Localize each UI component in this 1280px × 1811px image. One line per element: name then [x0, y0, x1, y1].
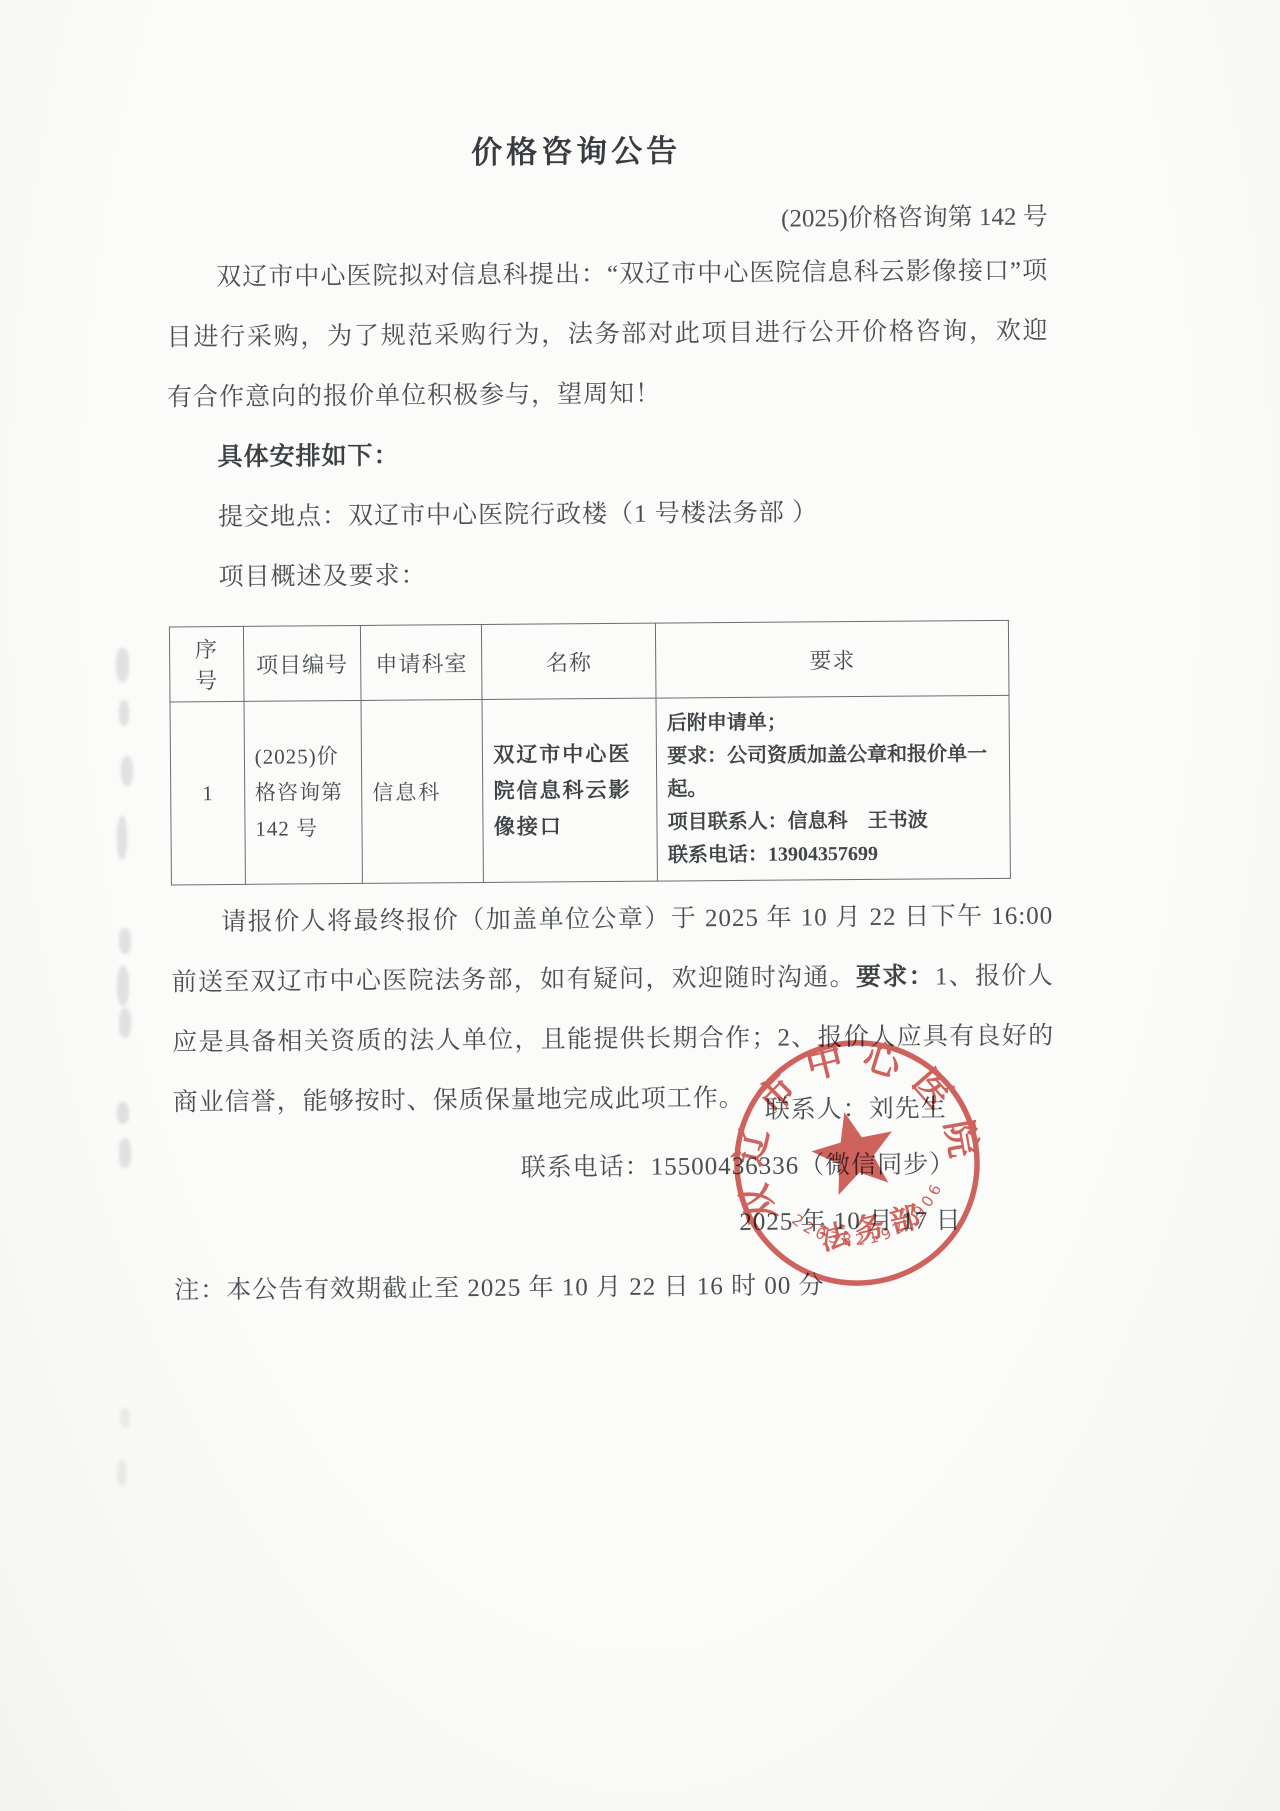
- project-table: 序 号 项目编号 申请科室 名称 要求 1 (2025)价格咨询第 142 号 …: [169, 620, 1011, 886]
- cell-department: 信息科: [361, 699, 484, 883]
- scan-artifact: [117, 1102, 129, 1124]
- header-department: 申请科室: [360, 624, 482, 700]
- scan-artifact: [117, 816, 127, 860]
- requirement-line: 项目联系人：信息科 王书波: [668, 803, 1000, 839]
- validity-footnote: 注：本公告有效期截止至 2025 年 10 月 22 日 16 时 00 分: [174, 1257, 1056, 1320]
- header-requirements: 要求: [656, 620, 1009, 698]
- cell-project-no: (2025)价格咨询第 142 号: [244, 700, 363, 884]
- contact-phone-line: 联系电话：15500436336（微信同步）: [173, 1137, 1055, 1200]
- overview-heading: 项目概述及要求：: [168, 542, 1050, 609]
- submit-location-line: 提交地点：双辽市中心医院行政楼（1 号楼法务部 ）: [168, 482, 1050, 549]
- cell-seq: 1: [170, 701, 245, 885]
- document-title: 价格咨询公告: [165, 123, 1047, 175]
- cell-requirements: 后附申请单； 要求：公司资质加盖公章和报价单一起。 项目联系人：信息科 王书波 …: [656, 695, 1010, 881]
- document-body: 价格咨询公告 (2025)价格咨询第 142 号 双辽市中心医院拟对信息科提出：…: [165, 123, 1056, 1320]
- cell-name: 双辽市中心医院信息科云影像接口: [482, 698, 657, 882]
- scan-artifact: [121, 756, 133, 786]
- requirements-label: 要求：: [856, 963, 935, 991]
- scan-artifact: [119, 1138, 131, 1168]
- intro-paragraph: 双辽市中心医院拟对信息科提出：“双辽市中心医院信息科云影像接口”项目进行采购，为…: [166, 242, 1049, 429]
- requirement-line: 要求：公司资质加盖公章和报价单一起。: [667, 737, 999, 806]
- scan-artifact: [119, 1008, 131, 1038]
- scan-artifact: [117, 1460, 127, 1486]
- header-project-no: 项目编号: [243, 625, 361, 701]
- scan-artifact: [117, 966, 129, 1006]
- scan-artifact: [120, 1408, 130, 1428]
- header-name: 名称: [482, 623, 656, 699]
- scan-artifact: [116, 648, 129, 682]
- requirement-line: 后附申请单；: [667, 704, 999, 740]
- scan-artifact: [119, 700, 129, 726]
- header-seq: 序 号: [169, 626, 243, 702]
- table-header-row: 序 号 项目编号 申请科室 名称 要求: [169, 620, 1009, 702]
- scanned-document-page: 价格咨询公告 (2025)价格咨询第 142 号 双辽市中心医院拟对信息科提出：…: [0, 0, 1280, 1811]
- scan-artifact: [119, 928, 131, 954]
- table-row: 1 (2025)价格咨询第 142 号 信息科 双辽市中心医院信息科云影像接口 …: [170, 695, 1010, 885]
- issue-date-line: 2025 年 10 月 17 日: [173, 1193, 1055, 1256]
- requirement-line: 联系电话：13904357699: [668, 836, 1000, 872]
- arrangement-heading: 具体安排如下：: [167, 422, 1049, 489]
- document-number: (2025)价格咨询第 142 号: [166, 202, 1048, 241]
